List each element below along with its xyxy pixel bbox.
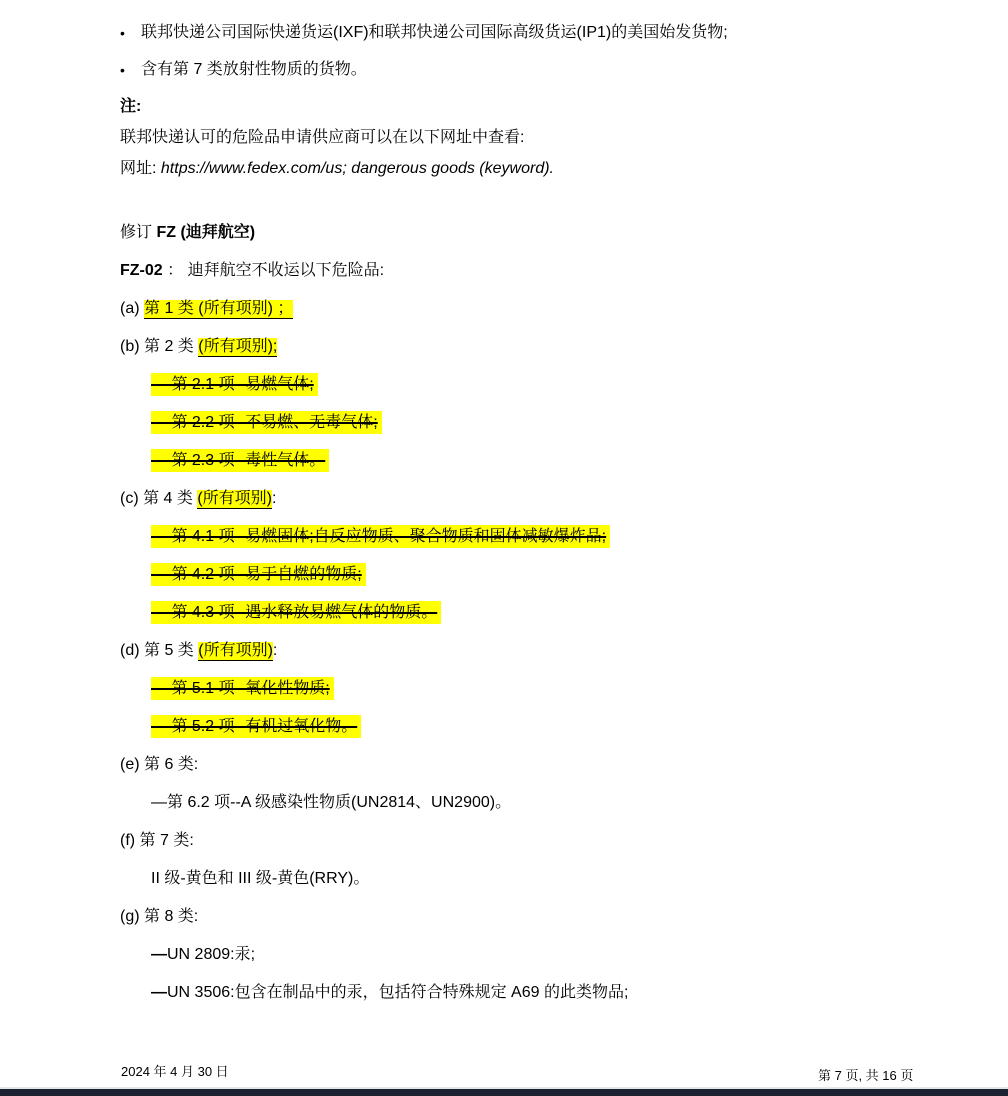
rule-separator: ： [163,262,188,279]
item-b-highlight: (所有项别); [198,338,277,357]
bullet-text: 联邦快递公司国际快递货运(IXF)和联邦快递公司国际高级货运(IP1)的美国始发… [141,24,728,41]
item-c-label: (c) 第 4 类 [120,490,197,507]
footer-page-number: 第 7 页, 共 16 页 [818,1068,913,1084]
item-d-tail: : [273,642,277,659]
bullet-icon: • [120,59,141,81]
sub-item-text: UN 2809:汞; [167,946,255,963]
class5-sub-item: — 第 5.2 项--有机过氧化物。 [120,716,978,738]
class2-sub-item: — 第 2.2 项--不易燃、无毒气体; [120,412,978,434]
item-a-label: (a) [120,300,144,317]
item-d-label: (d) 第 5 类 [120,642,198,659]
class7-sub-item: II 级-黄色和 III 级-黄色(RRY)。 [120,868,978,890]
item-b-label: (b) 第 2 类 [120,338,198,355]
struck-text: — 第 4.2 项--易于自燃的物质; [151,563,366,586]
rule-text: 迪拜航空不收运以下危险品: [188,262,384,279]
item-g: (g) 第 8 类: [120,906,978,928]
class4-sub-item: — 第 4.1 项--易燃固体;自反应物质、聚合物质和固体减敏爆炸品; [120,526,978,548]
sub-item-text: UN 3506:包含在制品中的汞，包括符合特殊规定 A69 的此类物品; [167,984,628,1001]
struck-text: — 第 2.3 项--毒性气体。 [151,449,329,472]
item-a: (a) 第 1 类 (所有项别) ； [120,298,978,320]
struck-text: — 第 2.2 项--不易燃、无毒气体; [151,411,382,434]
class5-sub-item: — 第 5.1 项--氧化性物质; [120,678,978,700]
class6-sub-item: —第 6.2 项--A 级感染性物质(UN2814、UN2900)。 [120,792,978,814]
struck-text: — 第 4.1 项--易燃固体;自反应物质、聚合物质和固体减敏爆炸品; [151,525,610,548]
class8-sub-item: —UN 2809:汞; [120,944,978,966]
item-c: (c) 第 4 类 (所有项别): [120,488,978,510]
bullet-text: 含有第 7 类放射性物质的货物。 [141,61,367,78]
item-c-tail: : [272,490,276,507]
class2-sub-item: — 第 2.3 项--毒性气体。 [120,450,978,472]
revision-title: FZ (迪拜航空) [156,224,255,241]
revision-heading: 修订 FZ (迪拜航空) [120,222,978,244]
class8-sub-item: —UN 3506:包含在制品中的汞，包括符合特殊规定 A69 的此类物品; [120,982,978,1004]
footer-date: 2024 年 4 月 30 日 [121,1064,229,1080]
rule-code: FZ-02 [120,262,163,279]
document-body: •联邦快递公司国际快递货运(IXF)和联邦快递公司国际高级货运(IP1)的美国始… [120,22,978,1004]
item-a-highlight: 第 1 类 (所有项别) ； [144,300,293,319]
window-bottom-bar [0,1087,1008,1096]
url-line: 网址: https://www.fedex.com/us; dangerous … [120,158,978,180]
item-f: (f) 第 7 类: [120,830,978,852]
rule-line: FZ-02 ： 迪拜航空不收运以下危险品: [120,260,978,282]
bullet-item: •联邦快递公司国际快递货运(IXF)和联邦快递公司国际高级货运(IP1)的美国始… [120,22,978,44]
struck-text: — 第 2.1 项--易燃气体; [151,373,318,396]
dash-prefix: — [151,984,167,1001]
item-b: (b) 第 2 类 (所有项别); [120,336,978,358]
item-c-highlight: (所有项别) [197,490,272,509]
struck-text: — 第 5.2 项--有机过氧化物。 [151,715,361,738]
bullet-item: •含有第 7 类放射性物质的货物。 [120,59,978,81]
class4-sub-item: — 第 4.2 项--易于自燃的物质; [120,564,978,586]
class4-sub-item: — 第 4.3 项--遇水释放易燃气体的物质。 [120,602,978,624]
bullet-icon: • [120,22,141,44]
revision-prefix: 修订 [120,224,156,241]
class2-sub-item: — 第 2.1 项--易燃气体; [120,374,978,396]
url-label: 网址: [120,160,161,177]
note-body: 联邦快递认可的危险品申请供应商可以在以下网址中查看: [120,127,978,149]
struck-text: — 第 5.1 项--氧化性物质; [151,677,334,700]
note-heading: 注: [120,96,978,118]
dash-prefix: — [151,946,167,963]
item-d: (d) 第 5 类 (所有项别): [120,640,978,662]
struck-text: — 第 4.3 项--遇水释放易燃气体的物质。 [151,601,441,624]
item-d-highlight: (所有项别) [198,642,273,661]
url-value: https://www.fedex.com/us; dangerous good… [161,160,554,177]
document-page: •联邦快递公司国际快递货运(IXF)和联邦快递公司国际高级货运(IP1)的美国始… [0,0,1008,1096]
item-e: (e) 第 6 类: [120,754,978,776]
